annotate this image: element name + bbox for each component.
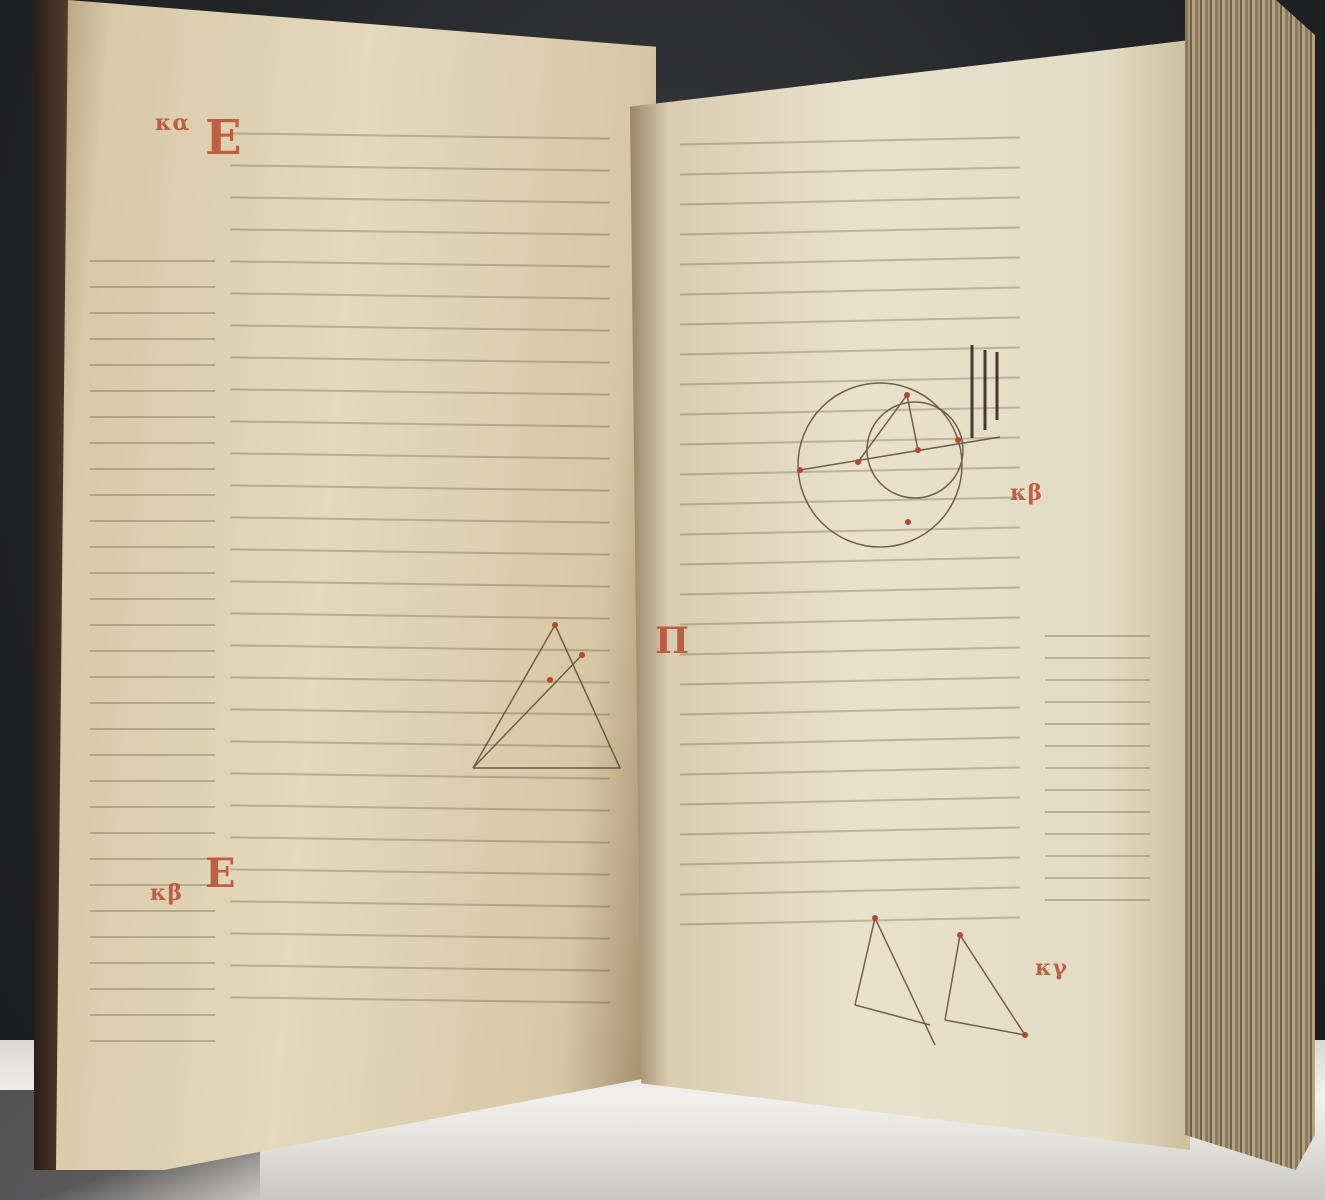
geometric-diagrams bbox=[0, 0, 1325, 1200]
